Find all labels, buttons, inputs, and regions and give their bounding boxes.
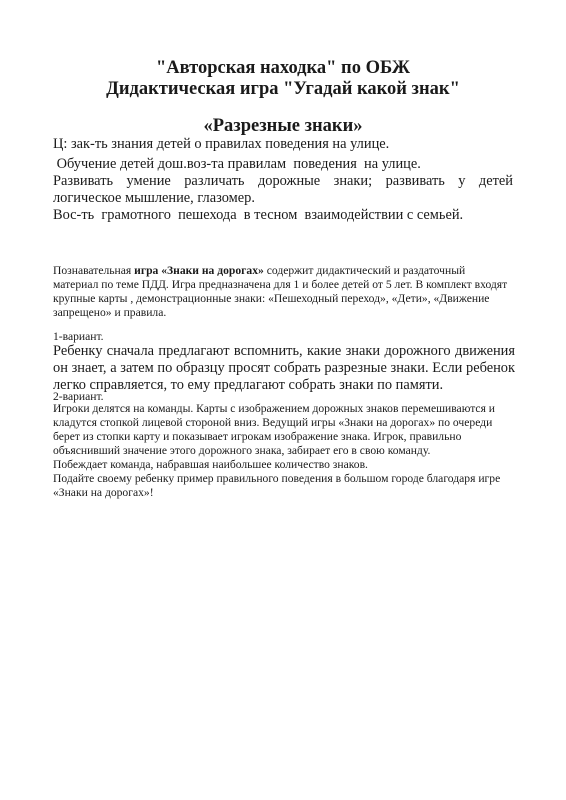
variant-2-text: Игроки делятся на команды. Карты с изобр… xyxy=(53,402,533,500)
title-line-1: "Авторская находка" по ОБЖ xyxy=(0,58,566,79)
task-1-text: Обучение детей дош.воз-та правилам повед… xyxy=(53,156,513,173)
variant-2-line: кладутся стопкой лицевой стороной вниз. … xyxy=(53,416,533,430)
task-3-text: Вос-ть грамотного пешехода в тесном взаи… xyxy=(53,207,513,224)
variant-2-line: Подайте своему ребенку пример правильног… xyxy=(53,472,533,486)
variant-2-line: Побеждает команда, набравшая наибольшее … xyxy=(53,458,533,472)
intro-prefix: Познавательная xyxy=(53,264,134,277)
variant-2-line: Игроки делятся на команды. Карты с изобр… xyxy=(53,402,533,416)
intro-game-name: игра «Знаки на дорогах» xyxy=(134,264,264,277)
variant-2-line: «Знаки на дорогах»! xyxy=(53,486,533,500)
variant-2-line: объяснивший значение этого дорожного зна… xyxy=(53,444,533,458)
title-line-2: Дидактическая игра "Угадай какой знак" xyxy=(0,79,566,100)
variant-1-text: Ребенку сначала предлагают вспомнить, ка… xyxy=(53,343,515,394)
variant-1-label: 1-вариант. xyxy=(53,330,513,344)
game-title: «Разрезные знаки» xyxy=(0,116,566,137)
variant-2-line: берет из стопки карту и показывает игрок… xyxy=(53,430,533,444)
intro-paragraph: Познавательная игра «Знаки на дорогах» с… xyxy=(53,264,513,320)
goal-text: Ц: зак-ть знания детей о правилах поведе… xyxy=(53,136,513,153)
task-2-text: Развивать умение различать дорожные знак… xyxy=(53,173,513,207)
